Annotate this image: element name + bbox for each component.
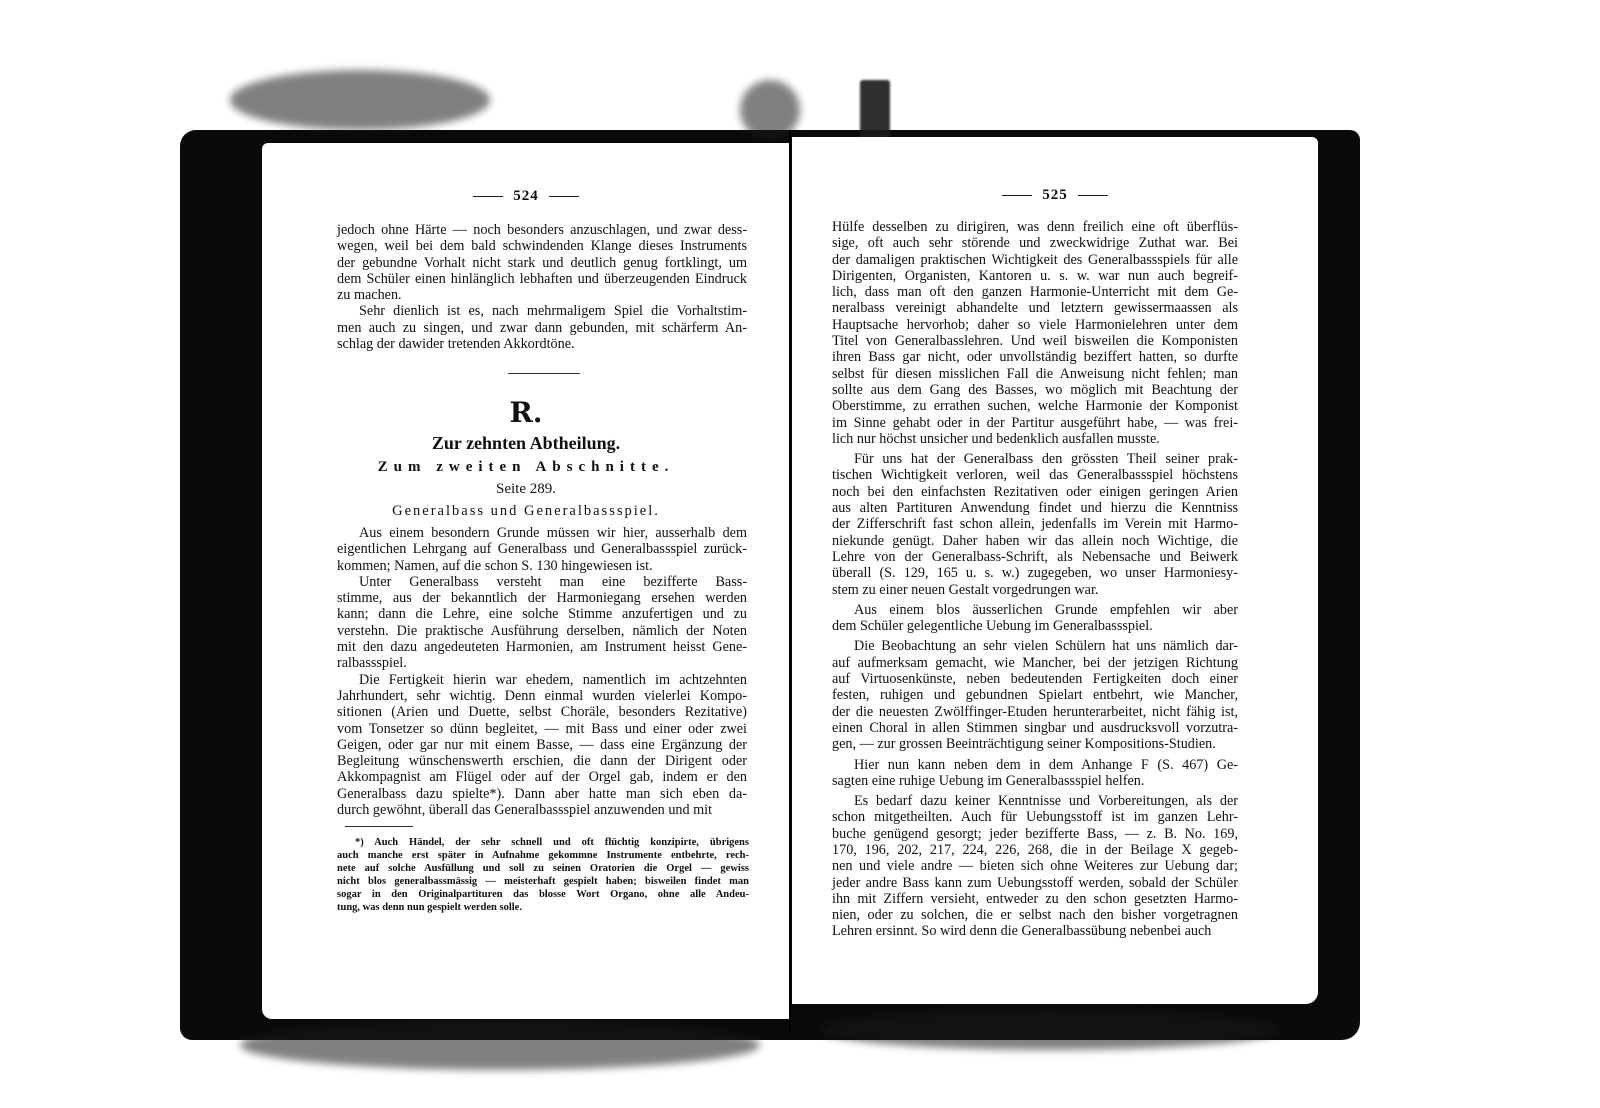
footnote-rule bbox=[345, 826, 413, 827]
footnote-line: nete auf solche Ausfüllung und soll zu s… bbox=[337, 862, 749, 875]
section-title: Zur zehnten Abtheilung. bbox=[262, 433, 790, 454]
scan-noise bbox=[240, 1020, 760, 1070]
text-line: noch bei den einfachsten Rezitativen ode… bbox=[832, 484, 1238, 500]
text-line: niekunde genügt. Daher haben wir das all… bbox=[832, 533, 1238, 549]
scan-noise bbox=[860, 80, 890, 140]
text-line: festen, ruhigen und gebundnen Spielart e… bbox=[832, 687, 1238, 703]
text-line: Jahrhundert, sehr wichtig. Denn einmal w… bbox=[337, 688, 747, 704]
text-line: ihn mit Ziffern versieht, entweder zu de… bbox=[832, 891, 1238, 907]
text-line: Hier nun kann neben dem in dem Anhange F… bbox=[832, 757, 1238, 773]
footnote-line: tung, was denn nun gespielt werden solle… bbox=[337, 901, 749, 914]
footnote-line: *) Auch Händel, der sehr schnell und oft… bbox=[337, 836, 749, 849]
text-line: einen Choral in allen Stimmen singbar un… bbox=[832, 720, 1238, 736]
text-line: schlag der dawider tretenden Akkordtöne. bbox=[337, 336, 747, 352]
text-line: dem Schüler gelegentliche Uebung im Gene… bbox=[832, 618, 1238, 634]
text-line: Akkompagnist am Flügel oder auf der Orge… bbox=[337, 769, 747, 785]
footnote: *) Auch Händel, der sehr schnell und oft… bbox=[337, 836, 749, 914]
text-line: der Zifferschrift fast schon allein, jed… bbox=[832, 516, 1238, 532]
text-line: im Sinne gehabt oder in der Partitur aus… bbox=[832, 415, 1238, 431]
text-line: stimme, aus der bekanntlich der Harmonie… bbox=[337, 590, 747, 606]
scan-noise bbox=[230, 70, 490, 130]
text-line: mit den dazu angedeuteten Harmonien, am … bbox=[337, 639, 747, 655]
text-line: Lehre von der Generalbass-Schrift, als N… bbox=[832, 549, 1238, 565]
text-line: ihren Bass gar nicht, oder unvollständig… bbox=[832, 349, 1238, 365]
text-line: Die Fertigkeit hierin war ehedem, nament… bbox=[337, 672, 747, 688]
section-letter: R. bbox=[262, 396, 790, 429]
text-line: tischen Wichtigkeit verloren, weil das G… bbox=[832, 467, 1238, 483]
text-line: sagten eine ruhige Uebung im Generalbass… bbox=[832, 773, 1238, 789]
left-body-top: jedoch ohne Härte — noch besonders anzus… bbox=[337, 222, 747, 352]
text-line: zu machen. bbox=[337, 287, 747, 303]
scan-noise bbox=[740, 80, 800, 140]
text-line: Hülfe desselben zu dirigiren, was denn f… bbox=[832, 219, 1238, 235]
scan-noise bbox=[820, 1010, 1280, 1050]
text-line: jeder andre Bass kann zum Uebungsstoff w… bbox=[832, 875, 1238, 891]
text-line: verstehn. Die praktische Ausführung ders… bbox=[337, 623, 747, 639]
text-line: lich, dass man oft den ganzen Harmonie-U… bbox=[832, 284, 1238, 300]
section-page-ref: Seite 289. bbox=[262, 481, 790, 498]
text-line: Generalbass dazu spielte*). Dann aber ha… bbox=[337, 786, 747, 802]
text-line: jedoch ohne Härte — noch besonders anzus… bbox=[337, 222, 747, 238]
text-line: Lehren ersinnt. So wird denn die General… bbox=[832, 923, 1238, 939]
text-line: Titel von Generalbasslehren. Und weil bi… bbox=[832, 333, 1238, 349]
text-line: stem zu einer neuen Gestalt vorgedrungen… bbox=[832, 582, 1238, 598]
text-line: selbst für diesen misslichen Fall die An… bbox=[832, 366, 1238, 382]
text-line: nien, oder zu solchen, die er selbst nac… bbox=[832, 907, 1238, 923]
text-line: Geigen, oder gar nur mit einem Basse, — … bbox=[337, 737, 747, 753]
text-line: lich nur höchst unsicher und bedenklich … bbox=[832, 431, 1238, 447]
text-line: 170, 196, 202, 217, 224, 226, 268, die i… bbox=[832, 842, 1238, 858]
text-line: Sehr dienlich ist es, nach mehrmaligem S… bbox=[337, 303, 747, 319]
footnote-line: sogar in den Originalpartituren das blos… bbox=[337, 888, 749, 901]
text-line: sige, oft auch sehr störende und zweckwi… bbox=[832, 235, 1238, 251]
text-line: kommen; Namen, auf die schon S. 130 hing… bbox=[337, 558, 747, 574]
section-rule bbox=[508, 373, 580, 374]
text-line: Dirigenten, Organisten, Kantoren u. s. w… bbox=[832, 268, 1238, 284]
page-number-left: 524 bbox=[262, 188, 790, 205]
book-gutter bbox=[789, 130, 791, 1030]
text-line: gen, — zur grossen Beeinträchtigung sein… bbox=[832, 736, 1238, 752]
page-number-right: 525 bbox=[792, 187, 1318, 204]
text-line: Oberstimme, zu errathen suchen, welche H… bbox=[832, 398, 1238, 414]
text-line: Hauptsache hervorhob; daher so viele Har… bbox=[832, 317, 1238, 333]
text-line: Aus einem besondern Grunde müssen wir hi… bbox=[337, 525, 747, 541]
left-body-main: Aus einem besondern Grunde müssen wir hi… bbox=[337, 525, 747, 818]
footnote-line: auch manche erst später in Aufnahme geko… bbox=[337, 849, 749, 862]
text-line: Unter Generalbass versteht man eine bezi… bbox=[337, 574, 747, 590]
text-line: nen und viele andre — bieten sich ohne W… bbox=[832, 858, 1238, 874]
text-line: der gebundne Vorhalt nicht stark und deu… bbox=[337, 255, 747, 271]
text-line: sollte aus dem Gang des Basses, wo mögli… bbox=[832, 382, 1238, 398]
text-line: Aus einem blos äusserlichen Grunde empfe… bbox=[832, 602, 1238, 618]
text-line: sitionen (Arien und Duette, selbst Chorä… bbox=[337, 704, 747, 720]
text-line: der die neuesten Zwölffinger-Etuden heru… bbox=[832, 704, 1238, 720]
text-line: wegen, weil bei dem bald schwindenden Kl… bbox=[337, 238, 747, 254]
text-line: auf aufmerksam gemacht, wie Mancher, bei… bbox=[832, 655, 1238, 671]
text-line: eigentlichen Lehrgang auf Generalbass un… bbox=[337, 541, 747, 557]
text-line: ralbassspiel. bbox=[337, 655, 747, 671]
text-line: Begleitung wünschenswerth erschien, die … bbox=[337, 753, 747, 769]
text-line: Für uns hat der Generalbass den grössten… bbox=[832, 451, 1238, 467]
text-line: men auch zu singen, und zwar dann gebund… bbox=[337, 320, 747, 336]
text-line: dem Schüler einen hinlänglich lebhaften … bbox=[337, 271, 747, 287]
section-subtitle: Zum zweiten Abschnitte. bbox=[262, 459, 790, 476]
text-line: aus alten Partituren Anwendung findet un… bbox=[832, 500, 1238, 516]
text-line: schon mitgetheilten. Auch für Uebungssto… bbox=[832, 809, 1238, 825]
text-line: Es bedarf dazu keiner Kenntnisse und Vor… bbox=[832, 793, 1238, 809]
text-line: überall (S. 129, 165 u. s. w.) zugegeben… bbox=[832, 565, 1238, 581]
text-line: neralbass vereinigt abhandelte und letzt… bbox=[832, 300, 1238, 316]
section-topic: Generalbass und Generalbassspiel. bbox=[262, 503, 790, 520]
text-line: kann; dann die Lehre, eine solche Stimme… bbox=[337, 606, 747, 622]
text-line: Die Beobachtung an sehr vielen Schülern … bbox=[832, 638, 1238, 654]
section-heading: R. Zur zehnten Abtheilung. Zum zweiten A… bbox=[262, 396, 790, 520]
text-line: durch gewöhnt, überall das Generalbasssp… bbox=[337, 802, 747, 818]
text-line: auf Virtuosenkünste, neben bedeutenden F… bbox=[832, 671, 1238, 687]
text-line: vom Tonsetzer so dünn begleitet, — mit B… bbox=[337, 721, 747, 737]
text-line: buche genügend gesorgt; jeder bezifferte… bbox=[832, 826, 1238, 842]
footnote-line: nicht blos generalbassmässig — meisterha… bbox=[337, 875, 749, 888]
text-line: der damaligen praktischen Wichtigkeit de… bbox=[832, 252, 1238, 268]
right-body: Hülfe desselben zu dirigiren, was denn f… bbox=[832, 219, 1238, 940]
